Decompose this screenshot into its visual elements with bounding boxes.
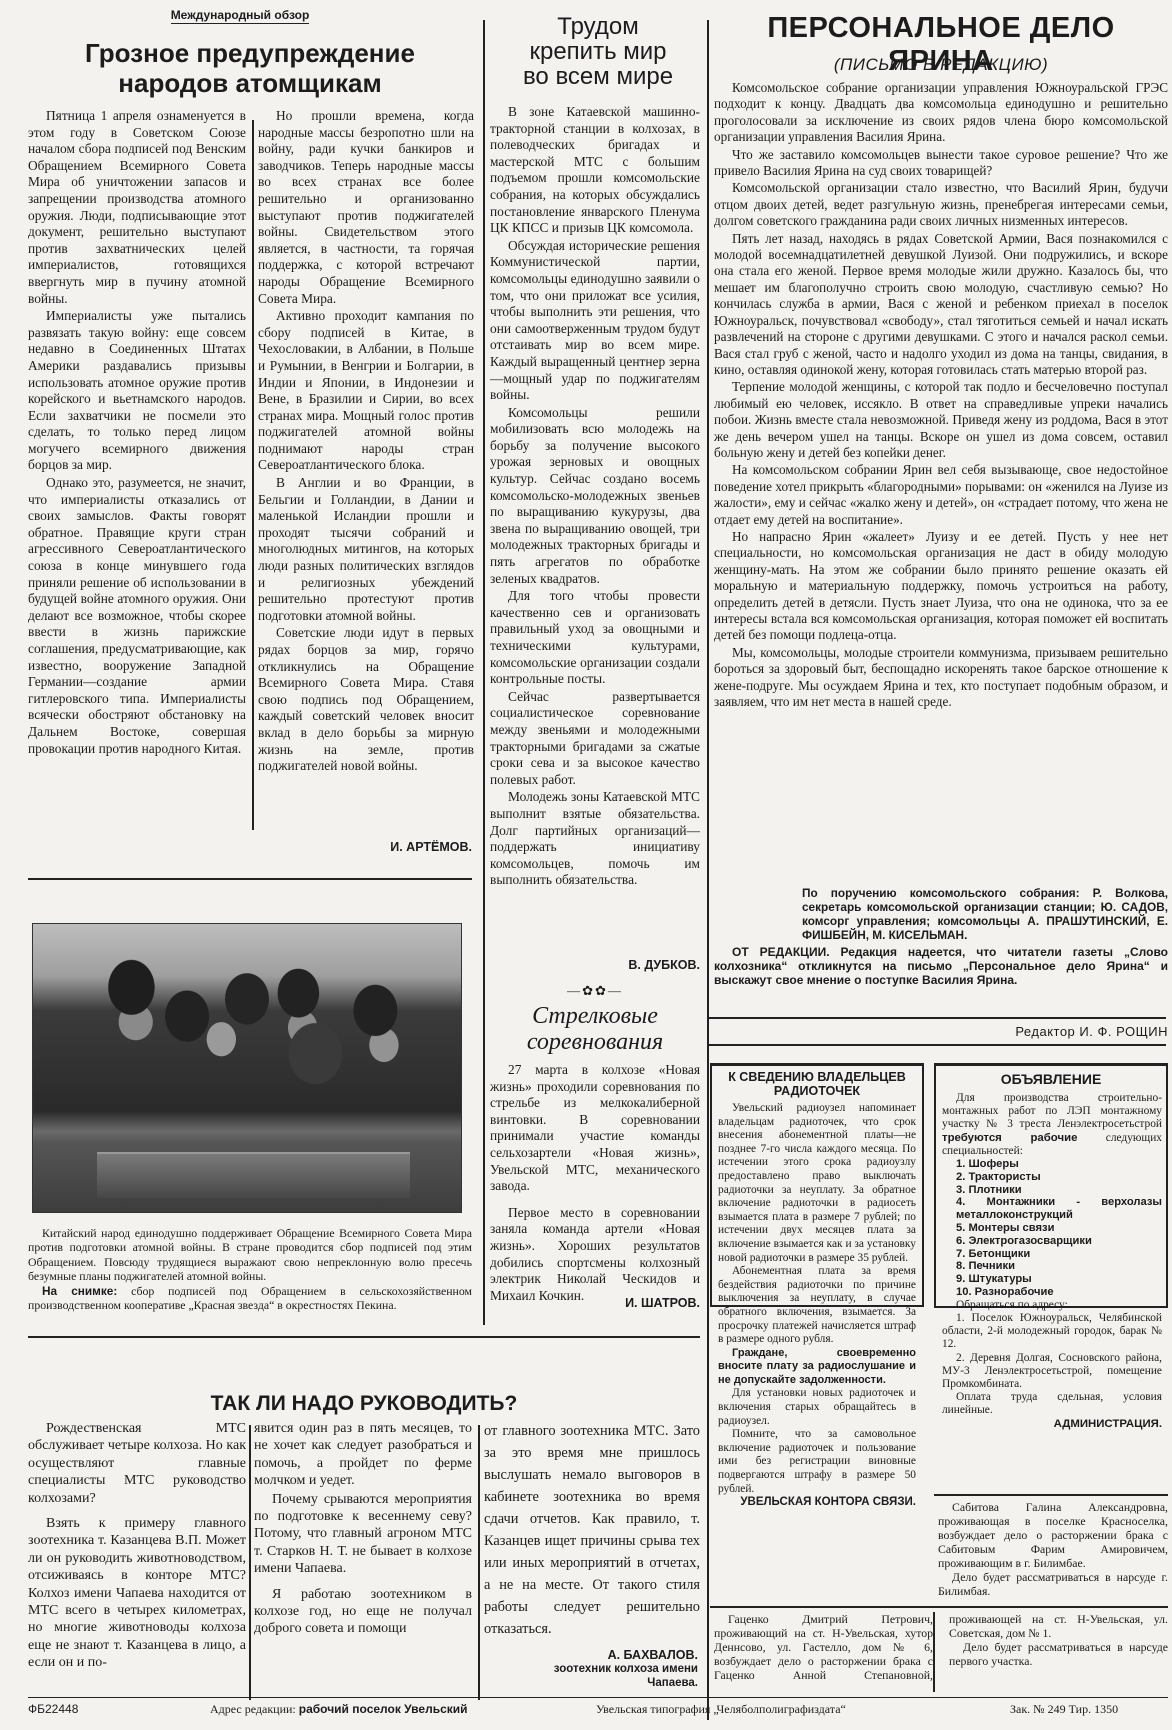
yarin-paragraph: Мы, комсомольцы, молодые строители комму…: [714, 645, 1168, 711]
tak-paragraph: Я работаю зоотехником в колхозе год, но …: [254, 1586, 472, 1638]
review-paragraph: Советские люди идут в первых рядах борцо…: [258, 625, 474, 774]
footer-printer: Увельская типография „Челяболполиграфизд…: [596, 1702, 846, 1717]
divorce-notice-gatsenko: Гаценко Дмитрий Петрович, проживающий на…: [714, 1612, 1168, 1682]
yarin-paragraph: Терпение молодой женщины, с которой так …: [714, 379, 1168, 461]
trud-headline-line1: Трудом: [488, 14, 708, 39]
announcement-title: ОБЪЯВЛЕНИЕ: [936, 1072, 1166, 1086]
radio-notice-title: К СВЕДЕНИЮ ВЛАДЕЛЬЦЕВ РАДИОТОЧЕК: [712, 1070, 922, 1098]
review-paragraph: Империалисты уже пытались развязать таку…: [28, 308, 246, 474]
radio-title-line1: К СВЕДЕНИЮ ВЛАДЕЛЬЦЕВ: [712, 1070, 922, 1084]
section-divider: [708, 1044, 1166, 1046]
review-kicker: Международный обзор: [150, 8, 330, 22]
divorce-court: Дело будет рассматриваться в нарсуде г. …: [938, 1570, 1168, 1598]
trud-paragraph: Комсомольцы решили мобилизовать всю моло…: [490, 405, 700, 588]
editorial-label: ОТ РЕДАКЦИИ.: [732, 945, 830, 959]
footer-code: ФБ22448: [28, 1702, 78, 1716]
column-divider: [483, 20, 485, 1325]
review-paragraph: Пятница 1 апреля ознаменуется в этом год…: [28, 108, 246, 307]
job-item: 6. Электрогазосварщики: [956, 1235, 1162, 1248]
tak-paragraph: Почему срываются мероприятия по подготов…: [254, 1491, 472, 1578]
yarin-paragraph: Но напрасно Ярин «жалеет» Луизу и ее дет…: [714, 529, 1168, 644]
yarin-paragraph: На комсомольском собрании Ярин вел себя …: [714, 462, 1168, 528]
announcement-intro: Для производства строительно-монтажных р…: [942, 1092, 1162, 1158]
yarin-signature: По поручению комсомольского собрания: Р.…: [802, 886, 1168, 942]
footer-address: Адрес редакции: рабочий поселок Увельски…: [210, 1702, 468, 1717]
trud-body: В зоне Катаевской машинно-тракторной ста…: [490, 104, 700, 890]
tak-signature-name: А. БАХВАЛОВ.: [484, 1648, 698, 1662]
column-divider: [707, 20, 709, 1720]
radio-signature: УВЕЛЬСКАЯ КОНТОРА СВЯЗИ.: [718, 1496, 916, 1510]
photo-note-label: На снимке:: [42, 1284, 117, 1298]
tak-column-2: явится один раз в пять месяцев, то не хо…: [254, 1420, 472, 1639]
strel-headline: Стрелковые соревнования: [490, 1003, 700, 1055]
trud-paragraph: Для того чтобы провести качественно сев …: [490, 588, 700, 688]
announcement-body: Для производства строительно-монтажных р…: [942, 1092, 1162, 1431]
review-paragraph: В Англии и во Франции, в Бельгии и Голла…: [258, 475, 474, 624]
announcement-signature: АДМИНИСТРАЦИЯ.: [942, 1418, 1162, 1431]
divorce-text: Сабитова Галина Александровна, проживающ…: [938, 1500, 1168, 1570]
tak-column-1: Рождественская МТС обслуживает четыре ко…: [28, 1420, 246, 1673]
editorial-note: ОТ РЕДАКЦИИ. Редакция надеется, что чита…: [714, 945, 1168, 987]
tak-headline: ТАК ЛИ НАДО РУКОВОДИТЬ?: [28, 1392, 700, 1416]
review-column-2: Но прошли времена, когда народные массы …: [258, 108, 474, 776]
tak-signature-role: Чапаева.: [484, 1676, 698, 1690]
trud-paragraph: Обсуждая исторические решения Коммунисти…: [490, 238, 700, 404]
announcement-pay: Оплата труда сдельная, условия линейные.: [942, 1391, 1162, 1417]
announcement-intro-bold: требуются рабочие: [942, 1132, 1077, 1144]
section-divider: [710, 1606, 1168, 1608]
tak-paragraph: Взять к примеру главного зоотехника т. К…: [28, 1515, 246, 1672]
announcement-address: 2. Деревня Долгая, Сосновского района, М…: [942, 1352, 1162, 1392]
section-divider: [708, 1017, 1166, 1019]
trud-paragraph: Сейчас развертывается социалистическое с…: [490, 689, 700, 789]
section-divider: [28, 878, 472, 880]
divorce-court: Дело будет рассматриваться в нарсуде пер…: [949, 1640, 1168, 1668]
radio-title-line2: РАДИОТОЧЕК: [712, 1084, 922, 1098]
strel-paragraph: 27 марта в колхозе «Новая жизнь» проходи…: [490, 1062, 700, 1195]
job-item: 3. Плотники: [956, 1184, 1162, 1197]
trud-paragraph: Молодежь зоны Катаевской МТС выполнит вз…: [490, 789, 700, 889]
strel-headline-line2: соревнования: [490, 1029, 700, 1055]
trud-headline-line3: во всем мире: [488, 64, 708, 89]
review-headline: Грозное предупреждение народов атомщикам: [60, 38, 440, 98]
yarin-paragraph: Что же заставило комсомольцев вынести та…: [714, 147, 1168, 180]
tak-signature: А. БАХВАЛОВ. зоотехник колхоза имени Чап…: [484, 1648, 698, 1690]
photo-desk: [97, 1152, 409, 1198]
radio-notice-body: Увельский радиоузел напоминает владельца…: [718, 1102, 916, 1510]
column-divider: [252, 120, 254, 830]
announcement-job-list: 1. Шоферы 2. Трактористы 3. Плотники 4. …: [942, 1158, 1162, 1299]
editor-credit: Редактор И. Ф. РОЩИН: [712, 1024, 1168, 1039]
footer-address-value: рабочий поселок Увельский: [299, 1702, 468, 1716]
trud-paragraph: В зоне Катаевской машинно-тракторной ста…: [490, 104, 700, 237]
footer-order: Зак. № 249 Тир. 1350: [1010, 1702, 1118, 1717]
review-signature: И. АРТЁМОВ.: [300, 840, 472, 854]
job-item: 4. Монтажники - верхолазы металлоконстру…: [956, 1196, 1162, 1222]
section-divider: [934, 1494, 1168, 1496]
column-divider: [249, 1425, 251, 1700]
tak-column-3: от главного зоотехника МТС. Зато за это …: [484, 1420, 700, 1641]
tak-signature-role: зоотехник колхоза имени: [484, 1662, 698, 1676]
trud-signature: В. ДУБКОВ.: [490, 958, 700, 972]
job-item: 7. Бетонщики: [956, 1248, 1162, 1261]
job-item: 2. Трактористы: [956, 1171, 1162, 1184]
radio-paragraph: Абонементная плата за время бездействия …: [718, 1265, 916, 1347]
photo-note: На снимке: сбор подписей под Обращением …: [28, 1284, 472, 1313]
divorce-notice-sabitova: Сабитова Галина Александровна, проживающ…: [938, 1500, 1168, 1598]
strel-signature: И. ШАТРОВ.: [490, 1296, 700, 1310]
job-item: 10. Разнорабочие: [956, 1286, 1162, 1299]
review-paragraph: Однако это, разумеется, не значит, что и…: [28, 475, 246, 757]
strel-headline-line1: Стрелковые: [490, 1003, 700, 1029]
radio-bold-notice: Граждане, своевременно вносите плату за …: [718, 1347, 916, 1388]
job-item: 5. Монтеры связи: [956, 1222, 1162, 1235]
announcement-address: 1. Поселок Южноуральск, Челябинской обла…: [942, 1312, 1162, 1352]
radio-paragraph: Для установки новых радиоточек и включен…: [718, 1387, 916, 1428]
radio-paragraph: Помните, что за самовольное включение ра…: [718, 1428, 916, 1496]
strel-body: 27 марта в колхозе «Новая жизнь» проходи…: [490, 1062, 700, 1305]
yarin-paragraph: Комсомольское собрание организации управ…: [714, 80, 1168, 146]
review-headline-line1: Грозное предупреждение: [60, 38, 440, 68]
radio-paragraph: Увельский радиоузел напоминает владельца…: [718, 1102, 916, 1265]
section-divider: [28, 1336, 700, 1338]
strel-paragraph: Первое место в соревновании заняла коман…: [490, 1205, 700, 1305]
job-item: 9. Штукатуры: [956, 1273, 1162, 1286]
photo-caption-text: Китайский народ единодушно поддерживает …: [28, 1226, 472, 1284]
ornament-divider: —✿✿—: [490, 983, 700, 999]
job-item: 8. Печники: [956, 1260, 1162, 1273]
review-headline-line2: народов атомщикам: [60, 68, 440, 98]
review-paragraph: Но прошли времена, когда народные массы …: [258, 108, 474, 307]
trud-headline-line2: крепить мир: [488, 39, 708, 64]
photo-signing-petition: [32, 923, 462, 1213]
review-kicker-text: Международный обзор: [171, 8, 310, 24]
announcement-address-label: Обращаться по адресу:: [942, 1299, 1162, 1312]
trud-headline: Трудом крепить мир во всем мире: [488, 14, 708, 89]
column-divider: [478, 1425, 480, 1700]
tak-paragraph: Рождественская МТС обслуживает четыре ко…: [28, 1420, 246, 1507]
yarin-body: Комсомольское собрание организации управ…: [714, 80, 1168, 711]
job-item: 1. Шоферы: [956, 1158, 1162, 1171]
footer-divider: [28, 1697, 1168, 1698]
yarin-subheadline: (ПИСЬМО В РЕДАКЦИЮ): [712, 55, 1170, 75]
footer-address-label: Адрес редакции:: [210, 1702, 296, 1716]
tak-paragraph: от главного зоотехника МТС. Зато за это …: [484, 1420, 700, 1640]
review-paragraph: Активно проходит кампания по сбору подпи…: [258, 308, 474, 474]
yarin-paragraph: Комсомольской организации стало известно…: [714, 180, 1168, 229]
tak-paragraph: явится один раз в пять месяцев, то не хо…: [254, 1420, 472, 1490]
photo-caption: Китайский народ единодушно поддерживает …: [28, 1226, 472, 1312]
yarin-paragraph: Пять лет назад, находясь в рядах Советск…: [714, 231, 1168, 379]
review-column-1: Пятница 1 апреля ознаменуется в этом год…: [28, 108, 246, 758]
announcement-intro-plain: Для производства строительно-монтажных р…: [942, 1092, 1162, 1130]
